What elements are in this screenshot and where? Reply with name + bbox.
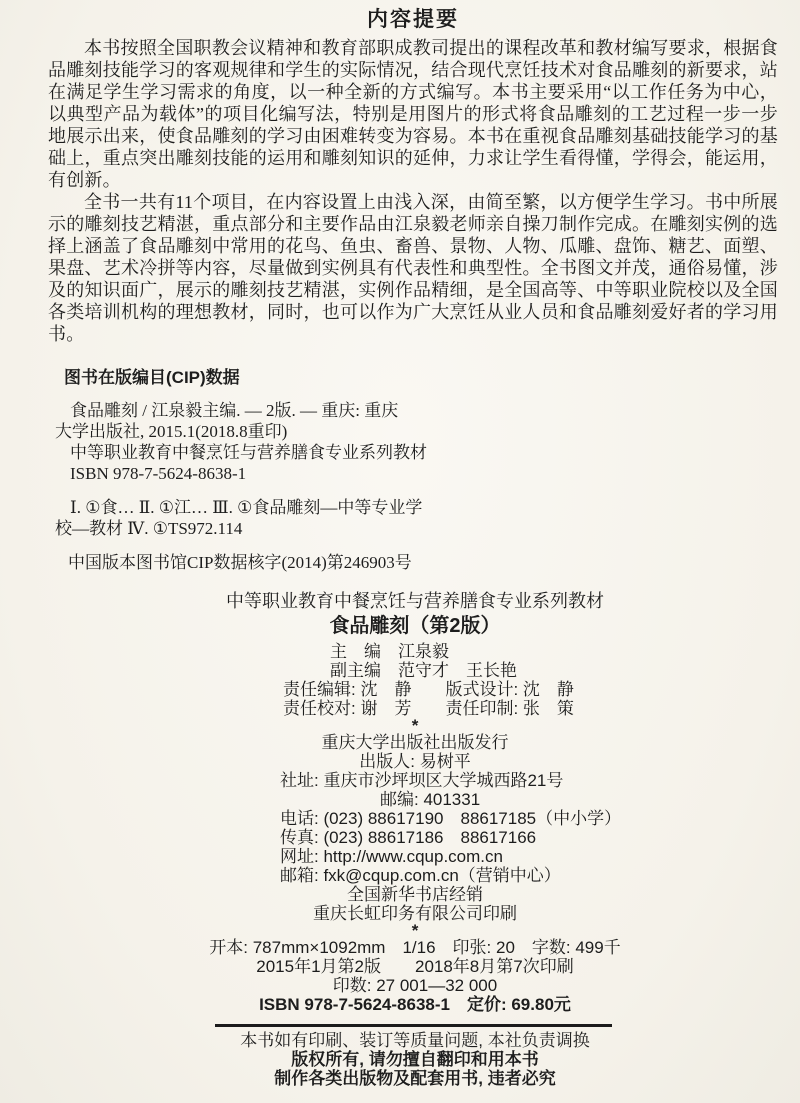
cip-classification-block: Ⅰ. ①食… Ⅱ. ①江… Ⅲ. ①食品雕刻—中等专业学 校—教材 Ⅳ. ①TS… <box>0 497 800 539</box>
publisher-line: 重庆大学出版社出版发行 <box>30 733 800 752</box>
copyright-notice-1: 版权所有, 请勿擅自翻印和用本书 <box>30 1050 800 1069</box>
exchange-notice: 本书如有印刷、装订等质量问题, 本社负责调换 <box>30 1031 800 1050</box>
summary-paragraph-1: 本书按照全国职教会议精神和教育部职成教司提出的课程改革和教材编写要求，根据食品雕… <box>48 37 778 191</box>
format-line: 开本: 787mm×1092mm 1/16 印张: 20 字数: 499千 <box>30 938 800 957</box>
edition-line: 2015年1月第2版 2018年8月第7次印刷 <box>30 957 800 976</box>
content-summary-section: 内容提要 本书按照全国职教会议精神和教育部职成教司提出的课程改革和教材编写要求，… <box>0 0 800 345</box>
responsible-editor-line: 责任编辑: 沈 静 版式设计: 沈 静 <box>283 680 800 699</box>
responsible-proofreader-line: 责任校对: 谢 芳 责任印制: 张 策 <box>283 699 800 718</box>
cip-entry-line: 大学出版社, 2015.1(2018.8重印) <box>55 421 800 442</box>
cip-entry-block: 食品雕刻 / 江泉毅主编. — 2版. — 重庆: 重庆 大学出版社, 2015… <box>0 400 800 484</box>
deputy-editors-line: 副主编 范守才 王长艳 <box>330 661 800 680</box>
book-copyright-page: 内容提要 本书按照全国职教会议精神和教育部职成教司提出的课程改革和教材编写要求，… <box>0 0 800 1103</box>
divider-line <box>215 1024 612 1027</box>
cip-class-line: 校—教材 Ⅳ. ①TS972.114 <box>55 518 800 539</box>
colophon-section: 中等职业教育中餐烹饪与营养膳食专业系列教材 食品雕刻（第2版） 主 编 江泉毅 … <box>0 591 800 1014</box>
cip-isbn-line: ISBN 978-7-5624-8638-1 <box>55 463 800 484</box>
separator-star: * <box>30 923 800 938</box>
email-line: 邮箱: fxk@cqup.com.cn（营销中心） <box>280 866 800 885</box>
copyright-notice-2: 制作各类出版物及配套用书, 违者必究 <box>30 1069 800 1088</box>
separator-star: * <box>30 718 800 733</box>
summary-title: 内容提要 <box>48 8 778 32</box>
isbn-price-line: ISBN 978-7-5624-8638-1 定价: 69.80元 <box>30 995 800 1014</box>
cip-entry-line: 食品雕刻 / 江泉毅主编. — 2版. — 重庆: 重庆 <box>55 400 800 421</box>
cip-data-section: 图书在版编目(CIP)数据 食品雕刻 / 江泉毅主编. — 2版. — 重庆: … <box>0 367 800 573</box>
summary-paragraph-2: 全书一共有11个项目，在内容设置上由浅入深，由简至繁，以方便学生学习。书中所展示… <box>48 191 778 345</box>
phone-line: 电话: (023) 88617190 88617185（中小学） <box>280 809 800 828</box>
fax-line: 传真: (023) 88617186 88617166 <box>280 828 800 847</box>
cip-header: 图书在版编目(CIP)数据 <box>0 367 800 389</box>
cip-record-number: 中国版本图书馆CIP数据核字(2014)第246903号 <box>0 552 800 573</box>
cip-class-line: Ⅰ. ①食… Ⅱ. ①江… Ⅲ. ①食品雕刻—中等专业学 <box>55 497 800 518</box>
cip-series-line: 中等职业教育中餐烹饪与营养膳食专业系列教材 <box>55 442 800 463</box>
chief-editor-line: 主 编 江泉毅 <box>330 642 800 661</box>
website-line: 网址: http://www.cqup.com.cn <box>280 847 800 866</box>
publisher-address-line: 社址: 重庆市沙坪坝区大学城西路21号 <box>280 771 800 790</box>
notice-section: 本书如有印刷、装订等质量问题, 本社负责调换 版权所有, 请勿擅自翻印和用本书 … <box>0 1031 800 1088</box>
publisher-person-line: 出版人: 易树平 <box>30 752 800 771</box>
series-name: 中等职业教育中餐烹饪与营养膳食专业系列教材 <box>30 591 800 612</box>
book-title: 食品雕刻（第2版） <box>30 614 800 638</box>
postcode-line: 邮编: 401331 <box>380 790 800 809</box>
print-run-line: 印数: 27 001—32 000 <box>30 976 800 995</box>
distribution-line: 全国新华书店经销 <box>30 885 800 904</box>
